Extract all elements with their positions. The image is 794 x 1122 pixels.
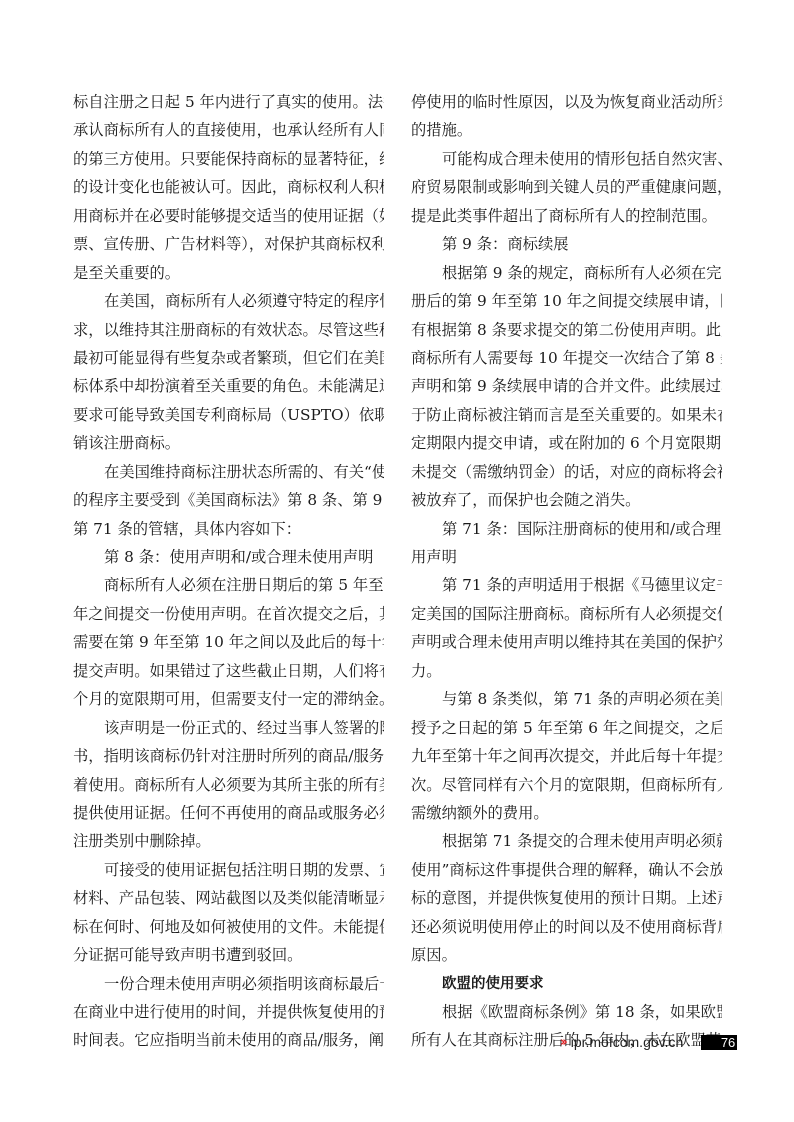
text-line: 还必须说明使用停止的时间以及不使用商标背后的 [411, 913, 722, 941]
text-line: 被放弃了，而保护也会随之消失。 [411, 486, 722, 514]
text-line: 有根据第 8 条要求提交的第二份使用声明。此后， [411, 316, 722, 344]
right-text-column: 停使用的临时性原因，以及为恢复商业活动所采取的措施。可能构成合理未使用的情形包括… [411, 88, 722, 1055]
text-line: 注册类别中删除掉。 [73, 827, 384, 855]
left-text-column: 标自注册之日起 5 年内进行了真实的使用。法律既承认商标所有人的直接使用，也承认… [73, 88, 384, 1055]
text-line: 授予之日起的第 5 年至第 6 年之间提交，之后在第 [411, 714, 722, 742]
text-line: 的程序主要受到《美国商标法》第 8 条、第 9 条和 [73, 486, 384, 514]
text-line: 该声明是一份正式的、经过当事人签署的陈述 [73, 714, 384, 742]
text-line: 第 9 条：商标续展 [411, 230, 722, 258]
text-line: 时间表。它应指明当前未使用的商品/服务，阐述暂 [73, 1026, 384, 1054]
text-line: 根据《欧盟商标条例》第 18 条，如果欧盟商标 [411, 998, 722, 1026]
page-number: 76 [701, 1035, 737, 1050]
text-line: 年之间提交一份使用声明。在首次提交之后，其还 [73, 600, 384, 628]
text-line: 定美国的国际注册商标。商标所有人必须提交使用 [411, 600, 722, 628]
text-line: 标的意图，并提供恢复使用的预计日期。上述声明 [411, 884, 722, 912]
text-line: 第 71 条：国际注册商标的使用和/或合理未使 [411, 515, 722, 543]
text-line: 第 8 条：使用声明和/或合理未使用声明 [73, 543, 384, 571]
text-line: 商标所有人需要每 10 年提交一次结合了第 8 条使用 [411, 344, 722, 372]
text-line: 在美国维持商标注册状态所需的、有关“使用” [73, 458, 384, 486]
text-line: 票、宣传册、广告材料等），对保护其商标权利而言 [73, 230, 384, 258]
text-line: 标体系中却扮演着至关重要的角色。未能满足这些 [73, 372, 384, 400]
text-line: 提是此类事件超出了商标所有人的控制范围。 [411, 202, 722, 230]
text-line: 于防止商标被注销而言是至关重要的。如果未在规 [411, 401, 722, 429]
text-line: 标自注册之日起 5 年内进行了真实的使用。法律既 [73, 88, 384, 116]
text-line: 提供使用证据。任何不再使用的商品或服务必须从 [73, 799, 384, 827]
text-line: 声明或合理未使用声明以维持其在美国的保护效 [411, 628, 722, 656]
text-line: 分证据可能导致声明书遭到驳回。 [73, 941, 384, 969]
text-line: 要求可能导致美国专利商标局（USPTO）依职权注 [73, 401, 384, 429]
text-line: 册后的第 9 年至第 10 年之间提交续展申请，同时还 [411, 287, 722, 315]
text-line: 第 71 条的管辖，具体内容如下： [73, 515, 384, 543]
text-line: 九年至第十年之间再次提交，并此后每十年提交一 [411, 742, 722, 770]
text-line: 力。 [411, 657, 722, 685]
text-line: 府贸易限制或影响到关键人员的严重健康问题，前 [411, 173, 722, 201]
text-line: 可能构成合理未使用的情形包括自然灾害、政 [411, 145, 722, 173]
text-line: 标在何时、何地及如何被使用的文件。未能提供充 [73, 913, 384, 941]
text-line: 的第三方使用。只要能保持商标的显著特征，细微 [73, 145, 384, 173]
text-line: 的设计变化也能被认可。因此，商标权利人积极使 [73, 173, 384, 201]
text-line: 定期限内提交申请，或在附加的 6 个月宽限期内也 [411, 429, 722, 457]
text-line: 与第 8 条类似，第 71 条的声明必须在美国保护 [411, 685, 722, 713]
text-line: 在美国，商标所有人必须遵守特定的程序性要 [73, 287, 384, 315]
text-line: 求，以维持其注册商标的有效状态。尽管这些程序 [73, 316, 384, 344]
text-line: 是至关重要的。 [73, 259, 384, 287]
text-line: 着使用。商标所有人必须要为其所主张的所有类别 [73, 771, 384, 799]
text-line: 停使用的临时性原因，以及为恢复商业活动所采取 [411, 88, 722, 116]
page-footer: ›› ipr.mofcom.gov.cn 76 [560, 1034, 737, 1050]
text-line: 声明和第 9 条续展申请的合并文件。此续展过程对 [411, 372, 722, 400]
text-line: 用声明 [411, 543, 722, 571]
text-line: 可接受的使用证据包括注明日期的发票、宣传 [73, 856, 384, 884]
text-line: 使用”商标这件事提供合理的解释，确认不会放弃商 [411, 856, 722, 884]
text-line: 原因。 [411, 941, 722, 969]
text-line: 销该注册商标。 [73, 429, 384, 457]
double-chevron-right-icon: ›› [560, 1035, 565, 1050]
text-line: 根据第 9 条的规定，商标所有人必须在完成注 [411, 259, 722, 287]
text-line: 用商标并在必要时能够提交适当的使用证据（如发 [73, 202, 384, 230]
text-line: 需要在第 9 年至第 10 年之间以及此后的每十年再次 [73, 628, 384, 656]
text-line: 未提交（需缴纳罚金）的话，对应的商标将会视为 [411, 458, 722, 486]
text-line: 需缴纳额外的费用。 [411, 799, 722, 827]
section-heading: 欧盟的使用要求 [411, 970, 722, 998]
text-line: 承认商标所有人的直接使用，也承认经所有人同意 [73, 116, 384, 144]
text-line: 一份合理未使用声明必须指明该商标最后一次 [73, 970, 384, 998]
text-line: 在商业中进行使用的时间，并提供恢复使用的预计 [73, 998, 384, 1026]
text-line: 的措施。 [411, 116, 722, 144]
website-url: ipr.mofcom.gov.cn [571, 1034, 684, 1050]
text-line: 最初可能显得有些复杂或者繁琐，但它们在美国商 [73, 344, 384, 372]
text-line: 第 71 条的声明适用于根据《马德里议定书》指 [411, 571, 722, 599]
text-line: 商标所有人必须在注册日期后的第 5 年至第 6 [73, 571, 384, 599]
text-line: 个月的宽限期可用，但需要支付一定的滞纳金。 [73, 685, 384, 713]
text-line: 根据第 71 条提交的合理未使用声明必须就“未 [411, 827, 722, 855]
text-line: 书，指明该商标仍针对注册时所列的商品/服务进行 [73, 742, 384, 770]
text-line: 提交声明。如果错过了这些截止日期，人们将有 6 [73, 657, 384, 685]
text-line: 材料、产品包装、网站截图以及类似能清晰显示商 [73, 884, 384, 912]
text-line: 次。尽管同样有六个月的宽限期，但商标所有人仍 [411, 771, 722, 799]
